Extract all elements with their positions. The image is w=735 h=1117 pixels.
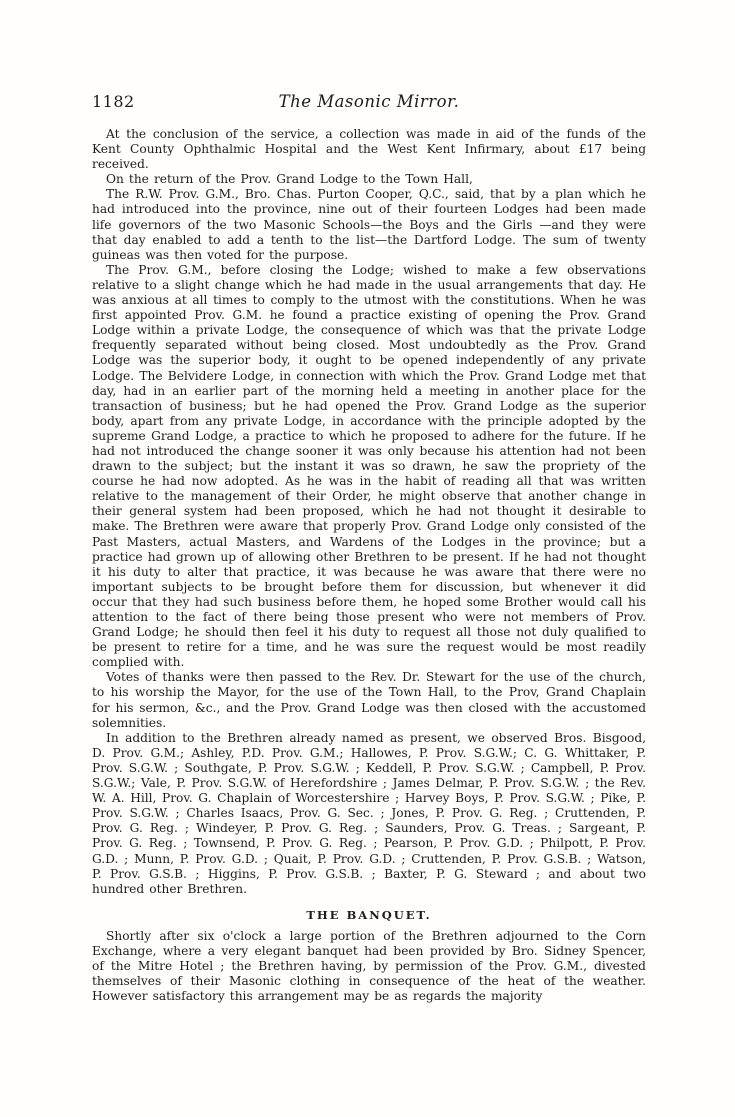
article-body: At the conclusion of the service, a coll… [92,127,646,1004]
text-column: 1182 The Masonic Mirror. At the conclusi… [92,92,646,1004]
page-number: 1182 [92,92,135,111]
paragraph-provgm-observations: The Prov. G.M., before closing the Lodge… [92,263,646,671]
scanned-page: 1182 The Masonic Mirror. At the conclusi… [0,0,735,1117]
paragraph-brethren-present-list: In addition to the Brethren already name… [92,731,646,897]
paragraph-votes-of-thanks: Votes of thanks were then passed to the … [92,670,646,730]
section-heading-banquet: THE BANQUET. [92,908,646,922]
paragraph-return-town-hall: On the return of the Prov. Grand Lodge t… [92,172,646,187]
paragraph-banquet-corn-exchange: Shortly after six o'clock a large portio… [92,929,646,1004]
running-header: 1182 The Masonic Mirror. [92,92,646,112]
paragraph-collection-service: At the conclusion of the service, a coll… [92,127,646,172]
journal-title: The Masonic Mirror. [92,92,646,111]
paragraph-purton-cooper-plan: The R.W. Prov. G.M., Bro. Chas. Purton C… [92,187,646,262]
